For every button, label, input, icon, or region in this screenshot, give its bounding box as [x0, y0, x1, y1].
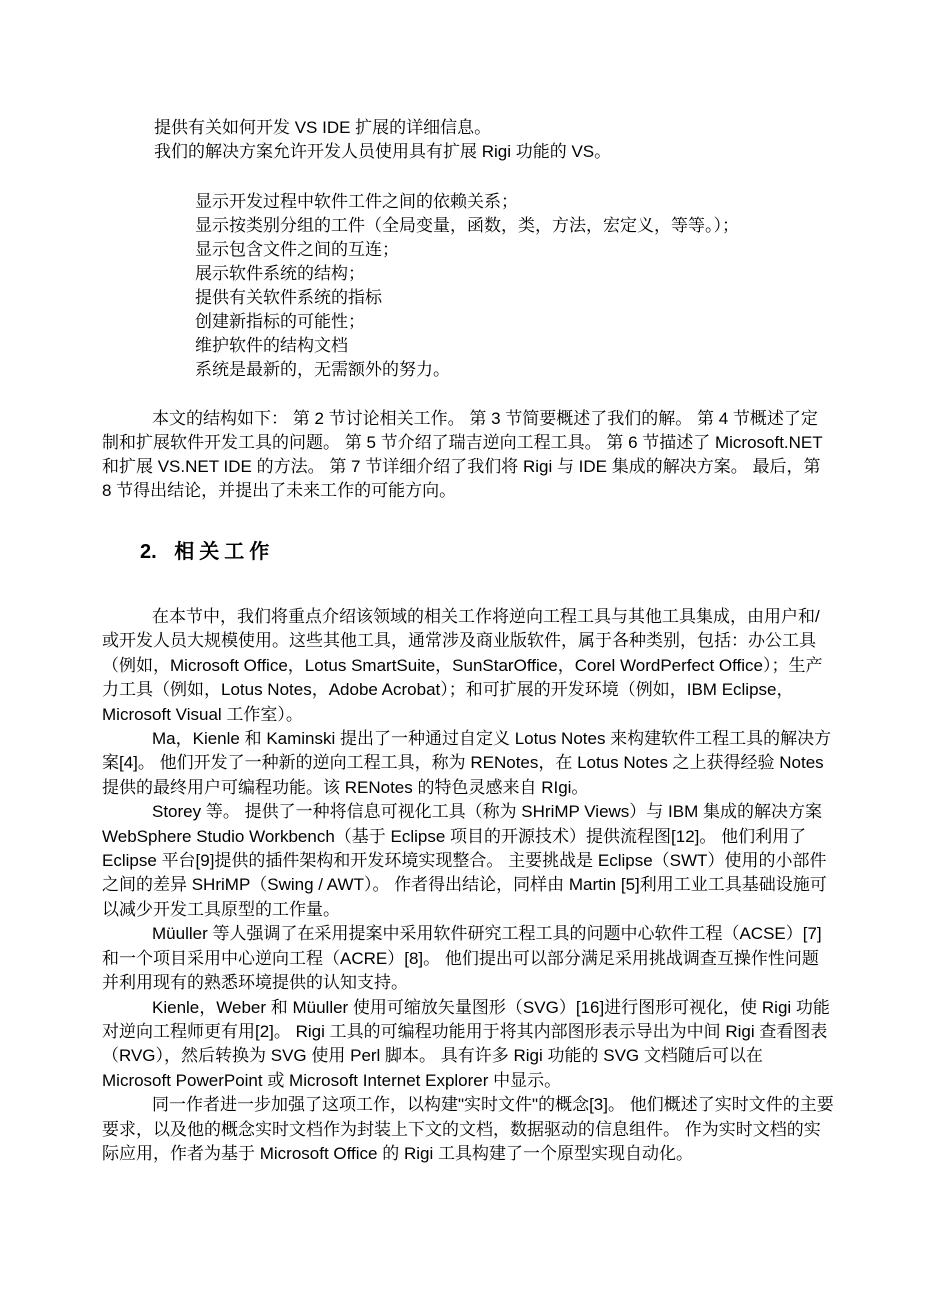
section-heading-title: 相关工作: [174, 541, 274, 563]
feature-item-2: 显示按类别分组的工件（全局变量，函数，类，方法，宏定义，等等。）；: [195, 214, 834, 238]
paragraph-tool-integration-overview: 在本节中，我们将重点介绍该领域的相关工作将逆向工程工具与其他工具集成，由用户和/…: [102, 605, 834, 727]
feature-item-3: 显示包含文件之间的互连；: [195, 238, 834, 262]
feature-item-6: 创建新指标的可能性；: [195, 310, 834, 334]
feature-list: 显示开发过程中软件工件之间的依赖关系； 显示按类别分组的工件（全局变量，函数，类…: [102, 190, 834, 382]
paragraph-live-documents: 同一作者进一步加强了这项工作，以构建"实时文件"的概念[3]。 他们概述了实时文…: [102, 1093, 834, 1166]
paragraph-kienle-weber-svg: Kienle，Weber 和 Müuller 使用可缩放矢量图形（SVG）[16…: [102, 996, 834, 1094]
feature-item-5: 提供有关软件系统的指标: [195, 286, 834, 310]
feature-item-1: 显示开发过程中软件工件之间的依赖关系；: [195, 190, 834, 214]
intro-line-1: 提供有关如何开发 VS IDE 扩展的详细信息。: [102, 116, 834, 140]
paragraph-muller-acse-acre: Müuller 等人强调了在采用提案中采用软件研究工程工具的问题中心软件工程（A…: [102, 922, 834, 995]
paper-structure-paragraph: 本文的结构如下： 第 2 节讨论相关工作。 第 3 节简要概述了我们的解。 第 …: [102, 407, 834, 503]
document-page: 提供有关如何开发 VS IDE 扩展的详细信息。 我们的解决方案允许开发人员使用…: [0, 0, 926, 1309]
intro-block: 提供有关如何开发 VS IDE 扩展的详细信息。 我们的解决方案允许开发人员使用…: [102, 116, 834, 164]
paragraph-ma-kienle-kaminski: Ma，Kienle 和 Kaminski 提出了一种通过自定义 Lotus No…: [102, 727, 834, 800]
section-heading-number: 2.: [140, 539, 157, 565]
feature-item-4: 展示软件系统的结构；: [195, 262, 834, 286]
intro-line-2: 我们的解决方案允许开发人员使用具有扩展 Rigi 功能的 VS。: [102, 140, 834, 164]
related-work-section: 在本节中，我们将重点介绍该领域的相关工作将逆向工程工具与其他工具集成，由用户和/…: [102, 605, 834, 1166]
section-heading: 2. 相关工作: [102, 539, 834, 565]
paragraph-storey-shrimp: Storey 等。 提供了一种将信息可视化工具（称为 SHriMP Views）…: [102, 800, 834, 922]
feature-item-8: 系统是最新的，无需额外的努力。: [195, 358, 834, 382]
feature-item-7: 维护软件的结构文档: [195, 334, 834, 358]
document-content: 提供有关如何开发 VS IDE 扩展的详细信息。 我们的解决方案允许开发人员使用…: [102, 116, 834, 1166]
